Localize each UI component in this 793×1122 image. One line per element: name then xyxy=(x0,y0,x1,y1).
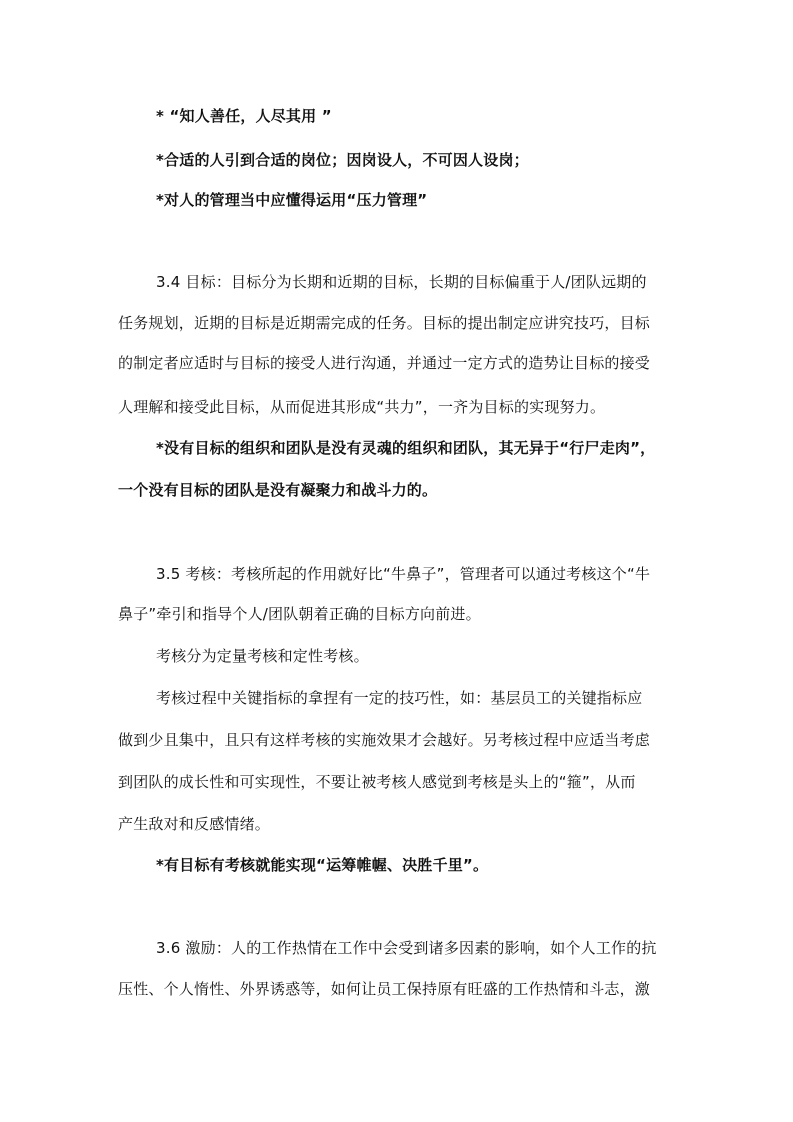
section-3-4-line-4: 人理解和接受此目标，从而促进其形成“共力”，一齐为目标的实现努力。 xyxy=(118,397,605,417)
section-3-5-process-line-4: 产生敌对和反感情绪。 xyxy=(118,814,270,834)
document-page: * “知人善任，人尽其用 ” *合适的人引到合适的岗位；因岗设人，不可因人设岗；… xyxy=(0,0,793,1122)
principle-line-3: *对人的管理当中应懂得运用“压力管理” xyxy=(156,190,427,210)
section-3-4-line-1: 3.4 目标：目标分为长期和近期的目标，长期的目标偏重于人/团队远期的 xyxy=(156,272,647,292)
section-3-5-process-line-1: 考核过程中关键指标的拿捏有一定的技巧性，如：基层员工的关键指标应 xyxy=(156,688,642,708)
section-3-5-process-line-3: 到团队的成长性和可实现性，不要让被考核人感觉到考核是头上的“箍”，从而 xyxy=(118,772,636,792)
section-3-4-line-3: 的制定者应适时与目标的接受人进行沟通，并通过一定方式的造势让目标的接受 xyxy=(118,353,650,373)
principle-line-1: * “知人善任，人尽其用 ” xyxy=(156,106,332,126)
section-3-5-line-1: 3.5 考核：考核所起的作用就好比“牛鼻子”，管理者可以通过考核这个“牛 xyxy=(156,564,650,584)
section-3-5-line-2: 鼻子”牵引和指导个人/团队朝着正确的目标方向前进。 xyxy=(118,604,481,624)
section-3-5-types: 考核分为定量考核和定性考核。 xyxy=(156,646,369,666)
section-3-4-line-2: 任务规划，近期的目标是近期需完成的任务。目标的提出制定应讲究技巧，目标 xyxy=(118,313,650,333)
section-3-4-emphasis-line-2: 一个没有目标的团队是没有凝聚力和战斗力的。 xyxy=(118,480,437,500)
principle-line-2: *合适的人引到合适的岗位；因岗设人，不可因人设岗； xyxy=(156,150,529,170)
section-3-6-line-1: 3.6 激励：人的工作热情在工作中会受到诸多因素的影响，如个人工作的抗 xyxy=(156,938,657,958)
section-3-4-emphasis-line-1: *没有目标的组织和团队是没有灵魂的组织和团队，其无异于“行尸走肉”， xyxy=(156,438,655,458)
section-3-5-process-line-2: 做到少且集中，且只有这样考核的实施效果才会越好。另考核过程中应适当考虑 xyxy=(118,730,650,750)
section-3-5-emphasis: *有目标有考核就能实现“运筹帷幄、决胜千里”。 xyxy=(156,855,488,875)
section-3-6-line-2: 压性、个人惰性、外界诱惑等，如何让员工保持原有旺盛的工作热情和斗志，激 xyxy=(118,979,650,999)
